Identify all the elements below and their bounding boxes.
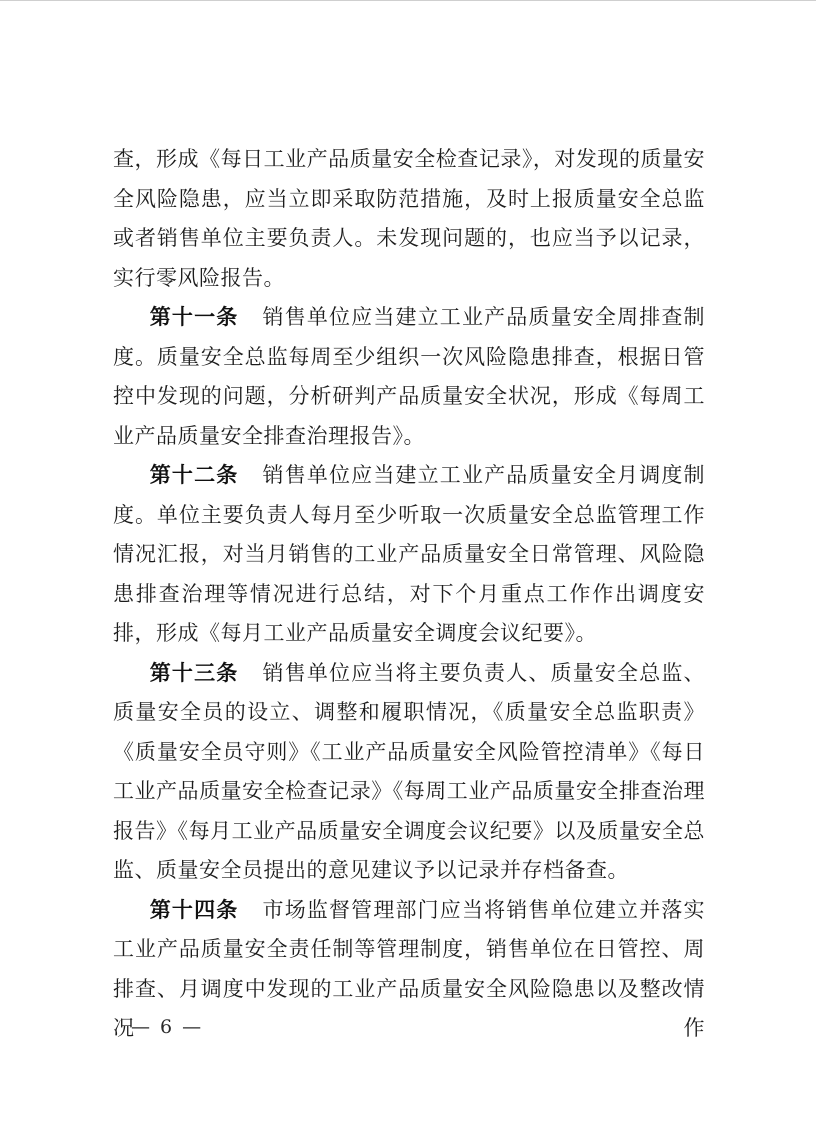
- paragraph-article-12: 第十二条销售单位应当建立工业产品质量安全月调度制度。单位主要负责人每月至少听取一…: [113, 456, 705, 654]
- page-number: — 6 —: [131, 1016, 203, 1038]
- article-number: 第十四条: [150, 898, 239, 922]
- document-page: 查，形成《每日工业产品质量安全检查记录》，对发现的质量安全风险隐患，应当立即采取…: [0, 0, 816, 1145]
- paragraph-text: 销售单位应当建立工业产品质量安全月调度制度。单位主要负责人每月至少听取一次质量安…: [113, 463, 705, 645]
- page-footer: — 6 —: [131, 1014, 203, 1040]
- article-number: 第十一条: [150, 305, 239, 329]
- paragraph-text: 查，形成《每日工业产品质量安全检查记录》，对发现的质量安全风险隐患，应当立即采取…: [113, 147, 705, 290]
- scan-edge-line: [0, 0, 816, 1]
- document-body: 查，形成《每日工业产品质量安全检查记录》，对发现的质量安全风险隐患，应当立即采取…: [113, 140, 705, 1049]
- article-number: 第十三条: [150, 661, 239, 685]
- paragraph-article-11: 第十一条销售单位应当建立工业产品质量安全周排查制度。质量安全总监每周至少组织一次…: [113, 298, 705, 456]
- paragraph-text: 销售单位应当将主要负责人、质量安全总监、质量安全员的设立、调整和履职情况，《质量…: [113, 661, 705, 883]
- paragraph-continuation: 查，形成《每日工业产品质量安全检查记录》，对发现的质量安全风险隐患，应当立即采取…: [113, 140, 705, 298]
- paragraph-article-13: 第十三条销售单位应当将主要负责人、质量安全总监、质量安全员的设立、调整和履职情况…: [113, 654, 705, 891]
- article-number: 第十二条: [150, 463, 239, 487]
